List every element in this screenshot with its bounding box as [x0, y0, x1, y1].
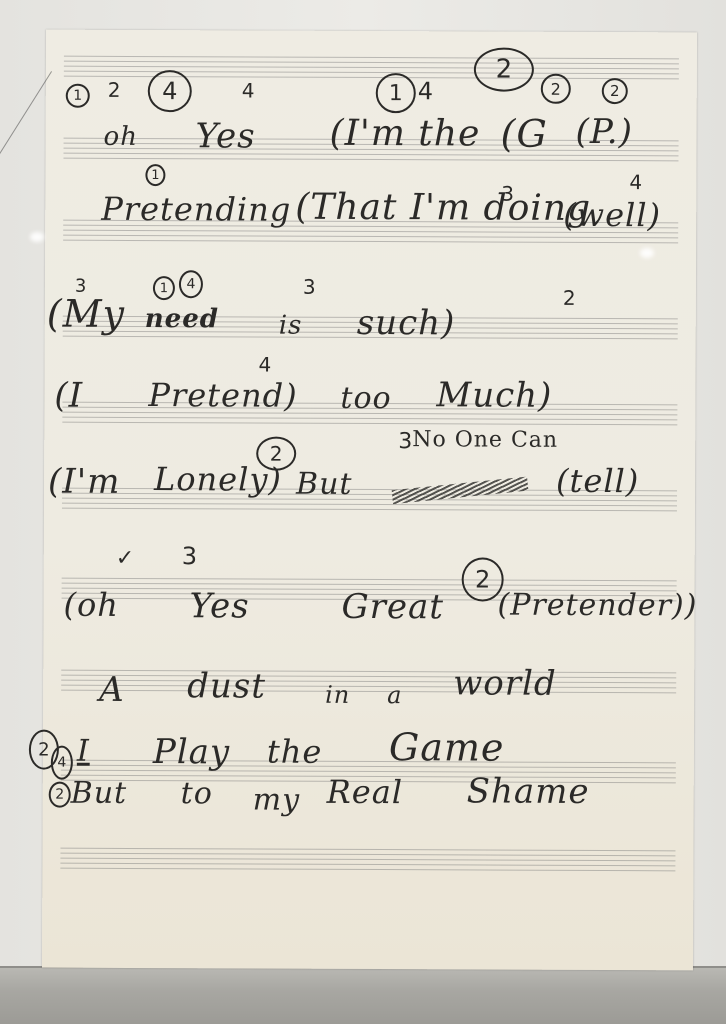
- lyric-word: is: [279, 311, 303, 341]
- frame-shelf: [0, 968, 726, 1024]
- lyric-word: (P.): [576, 112, 634, 152]
- circled-number: 2: [602, 78, 628, 104]
- number-mark: 3: [303, 275, 316, 299]
- lyric-word: (That I'm doing: [295, 187, 591, 229]
- lyric-word: my: [253, 782, 301, 817]
- circled-number: 4: [148, 70, 192, 112]
- music-staff: [61, 670, 676, 693]
- number-mark: 2: [563, 286, 576, 310]
- circled-number: 1: [376, 73, 416, 113]
- lyric-word: Play: [153, 732, 230, 772]
- lyric-word: Lonely): [154, 460, 282, 499]
- lyric-word: I: [77, 734, 90, 769]
- circled-number: 2: [541, 74, 571, 104]
- lyric-word: (Pretender)): [497, 588, 697, 624]
- lyric-word: (well): [563, 196, 661, 234]
- lyric-word: Great: [341, 587, 444, 627]
- lyric-word: a: [387, 681, 402, 709]
- checkmark: ✓: [116, 546, 135, 571]
- lyric-word: A: [99, 670, 125, 710]
- lyric-word: Pretending: [101, 190, 291, 229]
- lyric-word: But: [71, 776, 128, 811]
- lyric-word: (I: [54, 376, 83, 416]
- lyric-word: (My: [47, 292, 125, 336]
- music-staff: [60, 848, 675, 871]
- lyric-word: Yes: [189, 586, 249, 626]
- lyric-word: (G: [501, 112, 548, 156]
- lyric-word: the: [267, 733, 323, 771]
- circled-number: 1: [66, 84, 90, 108]
- lyric-word: Yes: [195, 116, 255, 156]
- number-mark: 4: [629, 170, 642, 194]
- glass-glare: [640, 248, 654, 258]
- lyric-word: Much): [436, 375, 552, 416]
- number-mark: 4: [259, 353, 272, 377]
- lyric-word: oh: [104, 122, 139, 152]
- lyric-word: (tell): [556, 462, 639, 500]
- number-mark: 3: [501, 182, 514, 206]
- circled-number: 4: [179, 270, 203, 298]
- lyric-word: Pretend): [148, 376, 297, 415]
- number-mark: 2: [108, 78, 121, 102]
- number-mark: 4: [418, 77, 433, 105]
- lyric-insertion: No One Can: [412, 427, 558, 453]
- circled-number: 1: [145, 164, 165, 186]
- circled-number: 2: [474, 47, 534, 91]
- lyric-word: Game: [389, 725, 505, 770]
- lyric-word: world: [453, 663, 557, 703]
- lyric-word: Real: [327, 773, 404, 811]
- lyric-word: But: [296, 467, 353, 502]
- lyric-word: (I'm the: [330, 113, 481, 155]
- lyric-word: (I'm: [48, 462, 120, 502]
- glass-glare: [30, 232, 44, 242]
- lyric-word: in: [325, 681, 350, 709]
- lyric-word: (oh: [63, 586, 119, 624]
- lyric-word: Shame: [467, 771, 590, 812]
- lyric-word: to: [181, 776, 213, 811]
- lyric-word: dust: [187, 666, 266, 706]
- number-mark: 4: [242, 78, 255, 102]
- number-mark: 3: [398, 429, 412, 454]
- number-mark: 3: [182, 542, 197, 570]
- circled-number: 1: [153, 276, 175, 300]
- lyric-word: too: [340, 381, 391, 416]
- circled-number: 2: [49, 782, 71, 808]
- manuscript-paper: 1 2 4 4 1 4 2 2 2 oh Yes (I'm the (G (P.…: [42, 30, 697, 971]
- circled-number: 4: [51, 746, 73, 780]
- lyric-word: such): [357, 303, 456, 343]
- lyric-word: need: [145, 304, 219, 334]
